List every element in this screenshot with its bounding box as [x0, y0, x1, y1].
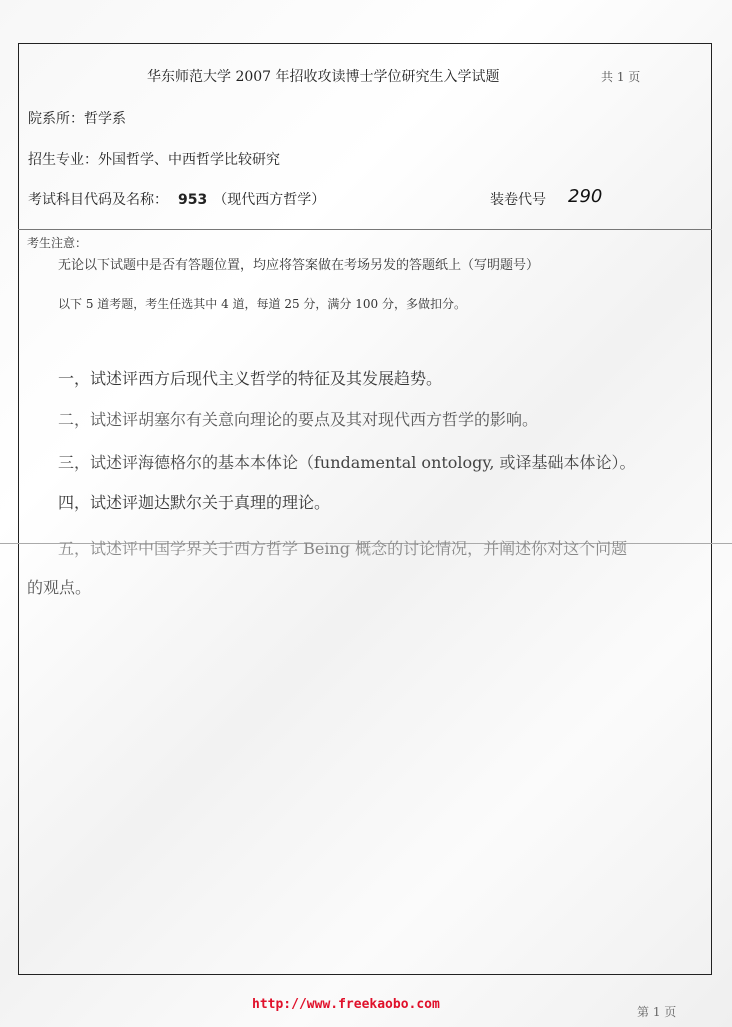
paper-code-value: 290 [568, 186, 602, 207]
subject-name: （现代西方哲学） [213, 192, 325, 208]
subject-label: 考试科目代码及名称： [28, 192, 168, 208]
subject-line: 考试科目代码及名称：953（现代西方哲学） [28, 189, 325, 209]
total-pages: 共 1 页 [601, 68, 640, 85]
header-divider [18, 229, 712, 230]
subject-code: 953 [178, 192, 207, 208]
question-2: 二，试述评胡塞尔有关意向理论的要点及其对现代西方哲学的影响。 [58, 407, 538, 430]
paper-code-label: 装卷代号 [490, 189, 546, 209]
notice-line-2: 以下 5 道考题，考生任选其中 4 道，每道 25 分，满分 100 分，多做扣… [58, 295, 466, 312]
page-number: 第 1 页 [637, 1003, 676, 1020]
department-value: 哲学系 [84, 111, 126, 127]
footer-url-link[interactable]: http://www.freekaobo.com [252, 997, 440, 1012]
major-label: 招生专业： [28, 152, 98, 168]
question-3: 三，试述评海德格尔的基本本体论（fundamental ontology, 或译… [58, 450, 636, 473]
exam-title: 华东师范大学 2007 年招收攻读博士学位研究生入学试题 [147, 66, 500, 86]
question-5: 五，试述评中国学界关于西方哲学 Being 概念的讨论情况，并阐述你对这个问题 [58, 536, 627, 559]
notice-line-1: 无论以下试题中是否有答题位置，均应将答案做在考场另发的答题纸上（写明题号） [58, 254, 539, 273]
major-value: 外国哲学、中西哲学比较研究 [98, 152, 280, 168]
notice-label: 考生注意： [27, 234, 87, 251]
question-4: 四，试述评迦达默尔关于真理的理论。 [58, 490, 330, 513]
department-line: 院系所：哲学系 [28, 108, 126, 128]
question-1: 一，试述评西方后现代主义哲学的特征及其发展趋势。 [58, 366, 442, 389]
department-label: 院系所： [28, 111, 84, 127]
major-line: 招生专业：外国哲学、中西哲学比较研究 [28, 149, 280, 169]
question-5-continuation: 的观点。 [27, 575, 91, 598]
